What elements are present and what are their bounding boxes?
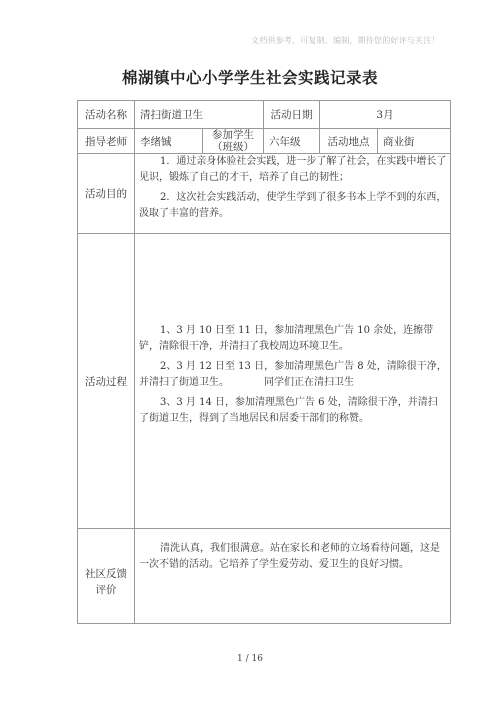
- activity-name-value: 清扫街道卫生: [135, 101, 263, 128]
- process-paragraph-2: 2、3 月 12 日至 13 日，参加清理黑色广告 8 处，清除很干净，并清扫了…: [139, 359, 447, 391]
- location-value: 商业街: [378, 129, 450, 153]
- feedback-label-line1: 社区反馈: [85, 566, 127, 582]
- location-label: 活动地点: [320, 129, 377, 153]
- feedback-paragraph-1: 清洗认真，我们很满意。站在家长和老师的立场看待问题，这是一次不错的活动。它培养了…: [139, 541, 447, 573]
- purpose-paragraph-2: 2．这次社会实践活动，使学生学到了很多书本上学不到的东西，汲取了丰富的营养。: [139, 190, 447, 222]
- process-label: 活动过程: [78, 234, 134, 528]
- students-value: 六年级: [264, 129, 319, 153]
- process-paragraph-1: 1、3 月 10 日至 11 日，参加清理黑色广告 10 余处，连擦带铲，清除很…: [139, 323, 447, 355]
- process-paragraph-3: 3、3 月 14 日，参加清理黑色广告 6 处，清除很干净，并清扫了街道卫生，得…: [139, 395, 447, 427]
- students-label-line1: 参加学生: [212, 129, 254, 141]
- col-divider: [134, 101, 135, 623]
- page-indicator: 1 / 16: [0, 654, 500, 664]
- teacher-label: 指导老师: [78, 129, 134, 153]
- teacher-value: 李绪铖: [135, 129, 202, 153]
- activity-date-label: 活动日期: [264, 101, 319, 128]
- watermark-text: 文档供参考，可复制、编制，期待您的好评与关注！: [251, 35, 440, 46]
- students-label-line2: （班级）: [212, 141, 254, 153]
- purpose-paragraph-1: 1．通过亲身体验社会实践，进一步了解了社会，在实践中增长了见识，锻炼了自己的才干…: [139, 154, 447, 186]
- feedback-label-line2: 评价: [96, 582, 117, 598]
- page-title: 棉湖镇中心小学学生社会实践记录表: [0, 66, 500, 88]
- purpose-label: 活动目的: [78, 154, 134, 233]
- feedback-label: 社区反馈 评价: [78, 529, 134, 623]
- activity-name-label: 活动名称: [78, 101, 134, 128]
- record-table: 活动名称 清扫街道卫生 活动日期 3月 指导老师 李绪铖 参加学生 （班级） 六…: [77, 100, 451, 624]
- students-label: 参加学生 （班级）: [203, 129, 263, 153]
- activity-date-value: 3月: [320, 101, 450, 128]
